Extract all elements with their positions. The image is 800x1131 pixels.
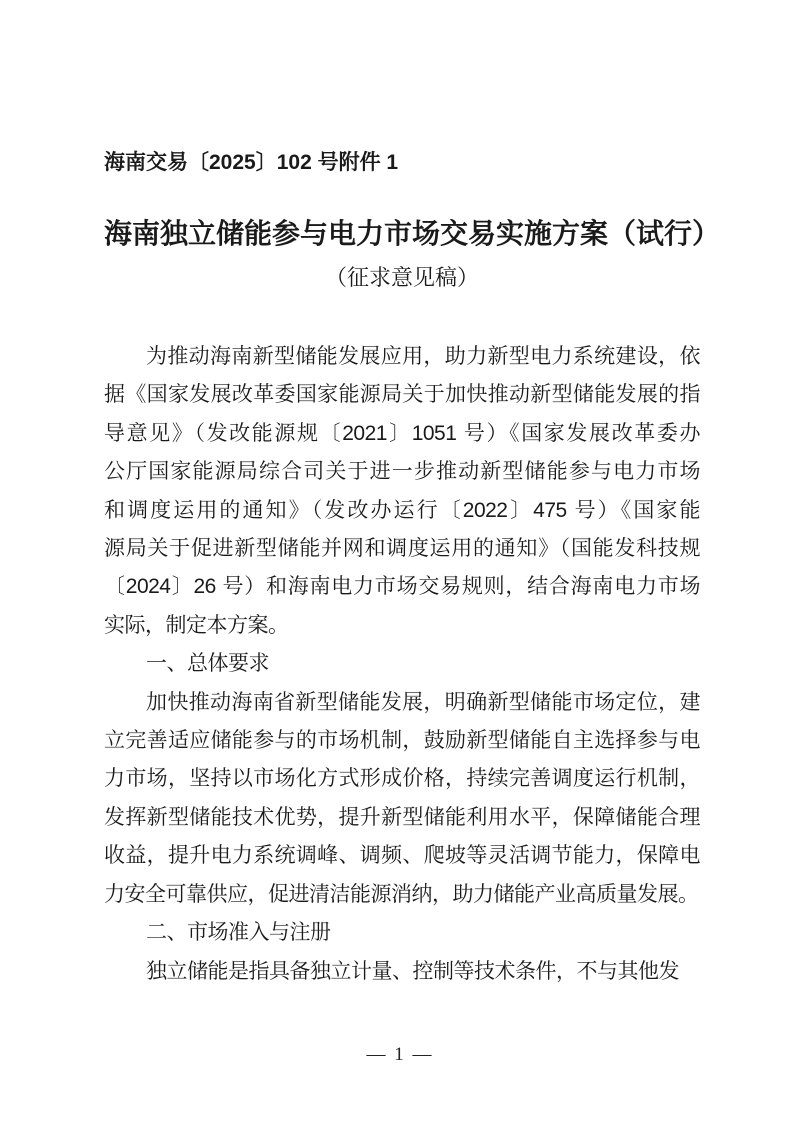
body-line: 力安全可靠供应，促进清洁能源消纳，助力储能产业高质量发展。 xyxy=(104,876,700,914)
body-line: 加快推动海南省新型储能发展，明确新型储能市场定位，建 xyxy=(104,684,700,722)
body-line: 发挥新型储能技术优势，提升新型储能利用水平，保障储能合理 xyxy=(104,799,700,837)
body-line: 和调度运用的通知》（发改办运行〔2022〕475 号）《国家能 xyxy=(104,492,700,530)
body-line: 据《国家发展改革委国家能源局关于加快推动新型储能发展的指 xyxy=(104,376,700,414)
body-line: 导意见》（发改能源规〔2021〕1051 号）《国家发展改革委办 xyxy=(104,415,700,453)
document-body: 为推动海南新型储能发展应用，助力新型电力系统建设，依据《国家发展改革委国家能源局… xyxy=(104,338,700,991)
body-line: 收益，提升电力系统调峰、调频、爬坡等灵活调节能力，保障电 xyxy=(104,837,700,875)
document-page: 海南交易〔2025〕102 号附件 1 海南独立储能参与电力市场交易实施方案（试… xyxy=(0,0,800,1131)
body-line: 〔2024〕26 号）和海南电力市场交易规则，结合海南电力市场 xyxy=(104,568,700,606)
body-line: 公厅国家能源局综合司关于进一步推动新型储能参与电力市场 xyxy=(104,453,700,491)
document-title: 海南独立储能参与电力市场交易实施方案（试行） xyxy=(104,216,700,252)
body-line: 力市场，坚持以市场化方式形成价格，持续完善调度运行机制， xyxy=(104,760,700,798)
page-number: — 1 — xyxy=(0,1044,800,1066)
section-heading: 二、市场准入与注册 xyxy=(104,914,700,952)
document-subtitle: （征求意见稿） xyxy=(104,262,700,294)
body-line: 实际，制定本方案。 xyxy=(104,607,700,645)
body-line: 为推动海南新型储能发展应用，助力新型电力系统建设，依 xyxy=(104,338,700,376)
body-line: 独立储能是指具备独立计量、控制等技术条件，不与其他发 xyxy=(104,953,700,991)
document-content: 海南交易〔2025〕102 号附件 1 海南独立储能参与电力市场交易实施方案（试… xyxy=(104,0,700,991)
body-line: 源局关于促进新型储能并网和调度运用的通知》（国能发科技规 xyxy=(104,530,700,568)
body-line: 立完善适应储能参与的市场机制，鼓励新型储能自主选择参与电 xyxy=(104,722,700,760)
doc-number: 海南交易〔2025〕102 号附件 1 xyxy=(104,150,700,176)
section-heading: 一、总体要求 xyxy=(104,645,700,683)
